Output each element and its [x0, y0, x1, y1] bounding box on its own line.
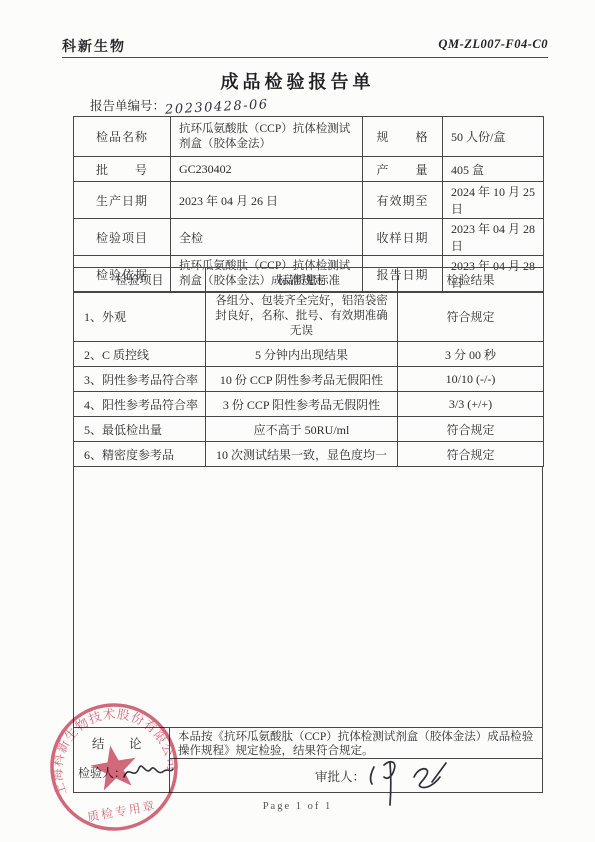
report-number-label: 报告单编号：: [90, 99, 165, 113]
field-value: 50 人份/盒: [443, 117, 544, 157]
test-item: 1、外观: [74, 292, 206, 342]
field-value: 抗环瓜氨酸肽（CCP）抗体检测试剂盒（胶体金法）: [171, 117, 363, 157]
test-standard: 5 分钟内出现结果: [206, 342, 398, 367]
header-rule: [62, 57, 548, 58]
table-row: 1、外观 各组分、包装齐全完好，铝箔袋密封良好，名称、批号、有效期准确无误 符合…: [74, 292, 544, 342]
field-label: 规 格: [363, 117, 443, 157]
test-item: 4、阳性参考品符合率: [74, 392, 206, 417]
conclusion-right-cell: 本品按《抗环瓜氨酸肽（CCP）抗体检测试剂盒（胶体金法）成品检验操作规程》规定检…: [170, 728, 542, 792]
page-title: 成品检验报告单: [0, 68, 595, 94]
table-row: 2、C 质控线 5 分钟内出现结果 3 分 00 秒: [74, 342, 544, 367]
field-label: 批 号: [74, 157, 171, 182]
test-standard: 各组分、包装齐全完好，铝箔袋密封良好，名称、批号、有效期准确无误: [206, 292, 398, 342]
field-label: 收样日期: [363, 219, 443, 256]
test-standard: 3 份 CCP 阳性参考品无假阴性: [206, 392, 398, 417]
table-row: 6、精密度参考品 10 次测试结果一致，显色度均一 符合规定: [74, 442, 544, 467]
field-label: 有效期至: [363, 182, 443, 219]
field-label: 产 量: [363, 157, 443, 182]
field-value: 405 盒: [443, 157, 544, 182]
test-result: 3/3 (+/+): [398, 392, 544, 417]
field-value: 2023 年 04 月 28 日: [443, 219, 544, 256]
field-value: GC230402: [171, 157, 363, 182]
conclusion-text: 本品按《抗环瓜氨酸肽（CCP）抗体检测试剂盒（胶体金法）成品检验操作规程》规定检…: [170, 728, 542, 759]
field-value: 2024 年 10 月 25 日: [443, 182, 544, 219]
brand-logo: 科新生物: [62, 36, 126, 56]
field-label: 检验项目: [74, 219, 171, 256]
test-item: 2、C 质控线: [74, 342, 206, 367]
table-row: 3、阴性参考品符合率 10 份 CCP 阴性参考品无假阳性 10/10 (-/-…: [74, 367, 544, 392]
report-number-value: 20230428-06: [165, 97, 269, 117]
doc-code: QM-ZL007-F04-C0: [438, 37, 548, 52]
star-icon: [88, 741, 140, 792]
approver-label: 审批人：: [315, 767, 365, 785]
column-header: 检验结果: [398, 268, 544, 292]
field-value: 全检: [171, 219, 363, 256]
test-result: 符合规定: [398, 442, 544, 467]
quality-seal-stamp: 上海科新生物技术股份有限公司 质检专用章: [33, 686, 195, 842]
field-value: 2023 年 04 月 26 日: [171, 182, 363, 219]
test-standard: 应不高于 50RU/ml: [206, 417, 398, 442]
approval-area: 审批人：: [170, 759, 542, 792]
approver-signature: [366, 755, 458, 807]
empty-table-area: [73, 466, 543, 727]
table-row: 4、阳性参考品符合率 3 份 CCP 阳性参考品无假阴性 3/3 (+/+): [74, 392, 544, 417]
page-footer: Page 1 of 1: [0, 801, 595, 812]
field-label: 检品名称: [74, 117, 171, 157]
table-row: 生产日期 2023 年 04 月 26 日 有效期至 2024 年 10 月 2…: [74, 182, 544, 219]
test-result: 符合规定: [398, 417, 544, 442]
table-row: 5、最低检出量 应不高于 50RU/ml 符合规定: [74, 417, 544, 442]
test-result: 3 分 00 秒: [398, 342, 544, 367]
table-row: 批 号 GC230402 产 量 405 盒: [74, 157, 544, 182]
test-item: 3、阴性参考品符合率: [74, 367, 206, 392]
table-row: 检验项目 全检 收样日期 2023 年 04 月 28 日: [74, 219, 544, 256]
test-item: 6、精密度参考品: [74, 442, 206, 467]
table-header-row: 检验项目 标准规定 检验结果: [74, 268, 544, 292]
test-result: 10/10 (-/-): [398, 367, 544, 392]
test-standard: 10 次测试结果一致，显色度均一: [206, 442, 398, 467]
result-table: 检验项目 标准规定 检验结果 1、外观 各组分、包装齐全完好，铝箔袋密封良好，名…: [73, 267, 544, 467]
report-number-line: 报告单编号：20230428-06: [90, 96, 269, 114]
test-standard: 10 份 CCP 阴性参考品无假阳性: [206, 367, 398, 392]
column-header: 标准规定: [206, 268, 398, 292]
table-row: 检品名称 抗环瓜氨酸肽（CCP）抗体检测试剂盒（胶体金法） 规 格 50 人份/…: [74, 117, 544, 157]
column-header: 检验项目: [74, 268, 206, 292]
report-page: 科新生物 QM-ZL007-F04-C0 成品检验报告单 报告单编号：20230…: [0, 0, 595, 842]
test-result: 符合规定: [398, 292, 544, 342]
field-label: 生产日期: [74, 182, 171, 219]
test-item: 5、最低检出量: [74, 417, 206, 442]
